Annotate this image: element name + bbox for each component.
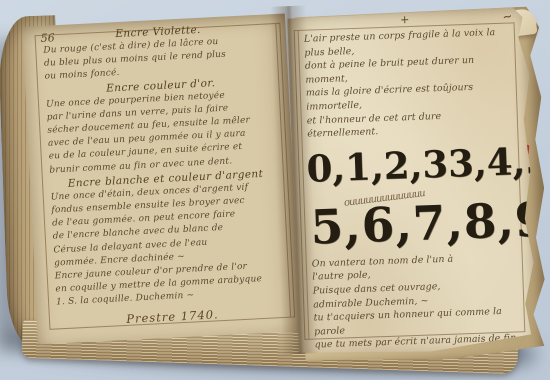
paragraph-encre-couleur-dor: Une once de pourperine bien netoyée par … bbox=[46, 87, 281, 178]
right-page-text: L'air preste un corps fragile à la voix … bbox=[304, 26, 522, 372]
left-page-text: Encre Violette. Du rouge (c'est à dire) … bbox=[42, 19, 288, 329]
cross-mark: + bbox=[400, 13, 410, 26]
photo-of-manuscript: 56 Encre Violette. Du rouge (c'est à dir… bbox=[0, 0, 550, 380]
left-page: 56 Encre Violette. Du rouge (c'est à dir… bbox=[22, 14, 301, 345]
corner-flourish-icon: ~ bbox=[501, 9, 513, 25]
verse-bottom: On vantera ton nom de l'un à l'autre pol… bbox=[312, 250, 521, 352]
verse-top: L'air preste un corps fragile à la voix … bbox=[304, 26, 514, 142]
right-page: + ~ L'air preste un corps fragile à la v… bbox=[287, 7, 539, 356]
paragraph-encre-blanche: Une once d'étain, deux onces d'argent vi… bbox=[50, 180, 285, 271]
numerals-row-2: 5,6,7,8,9, bbox=[310, 197, 518, 251]
